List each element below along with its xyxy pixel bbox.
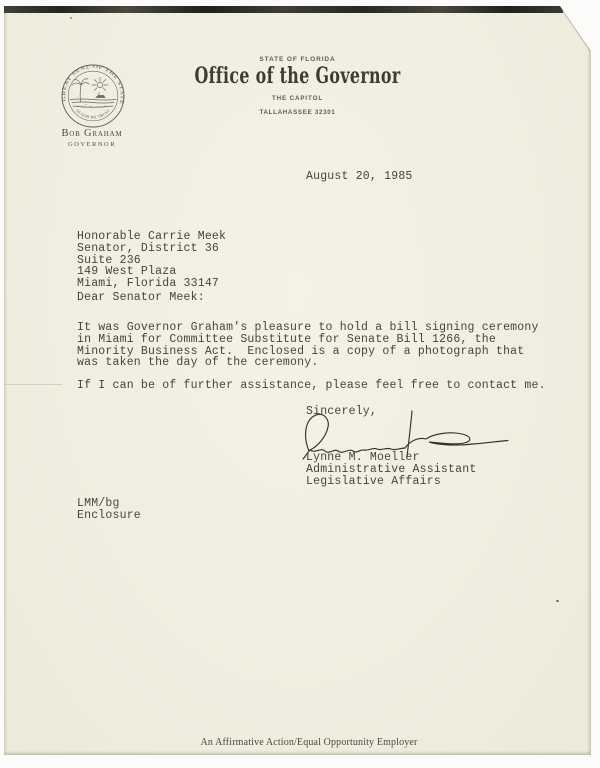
florida-state-seal-icon: GREAT SEAL OF THE STATE OF FLORIDA IN GO… <box>53 56 133 136</box>
governor-title: GOVERNOR <box>32 141 152 148</box>
scan-speck <box>556 600 559 602</box>
body-paragraph-1: It was Governor Graham's pleasure to hol… <box>77 322 567 369</box>
governor-block: Bob Graham GOVERNOR <box>32 128 152 148</box>
svg-text:GREAT SEAL OF THE STATE OF FLO: GREAT SEAL OF THE STATE OF FLORIDA <box>53 56 125 106</box>
paper-crease <box>4 384 62 385</box>
signer-block: Lynne M. MoellerAdministrative Assistant… <box>306 452 476 487</box>
salutation: Dear Senator Meek: <box>77 292 205 304</box>
body-paragraph-2: If I can be of further assistance, pleas… <box>77 380 577 392</box>
letter-page: STATE OF FLORIDA Office of the Governor … <box>4 6 591 755</box>
footer-eeo-line: An Affirmative Action/Equal Opportunity … <box>109 737 509 748</box>
letter-date: August 20, 1985 <box>306 171 413 183</box>
governor-name: Bob Graham <box>32 128 152 139</box>
seal-landscape-art <box>70 78 116 108</box>
letterhead-office-line: Office of the Governor <box>86 63 509 89</box>
recipient-address: Honorable Carrie Meek Senator, District … <box>77 231 226 290</box>
reference-block: LMM/bgEnclosure <box>77 498 141 522</box>
svg-text:IN GOD WE TRUST: IN GOD WE TRUST <box>75 109 111 120</box>
seal-top-text: GREAT SEAL OF THE STATE OF FLORIDA <box>53 56 125 106</box>
enclosure-note: Enclosure <box>77 509 141 522</box>
scan-background: { "scan": { "background_color": "#fbfbfa… <box>0 0 600 768</box>
scan-speck <box>70 17 72 19</box>
corner-cut-edge <box>559 6 590 51</box>
scan-top-edge <box>4 6 563 13</box>
seal-bottom-text: IN GOD WE TRUST <box>75 109 111 120</box>
signer-department: Legislative Affairs <box>306 475 441 488</box>
